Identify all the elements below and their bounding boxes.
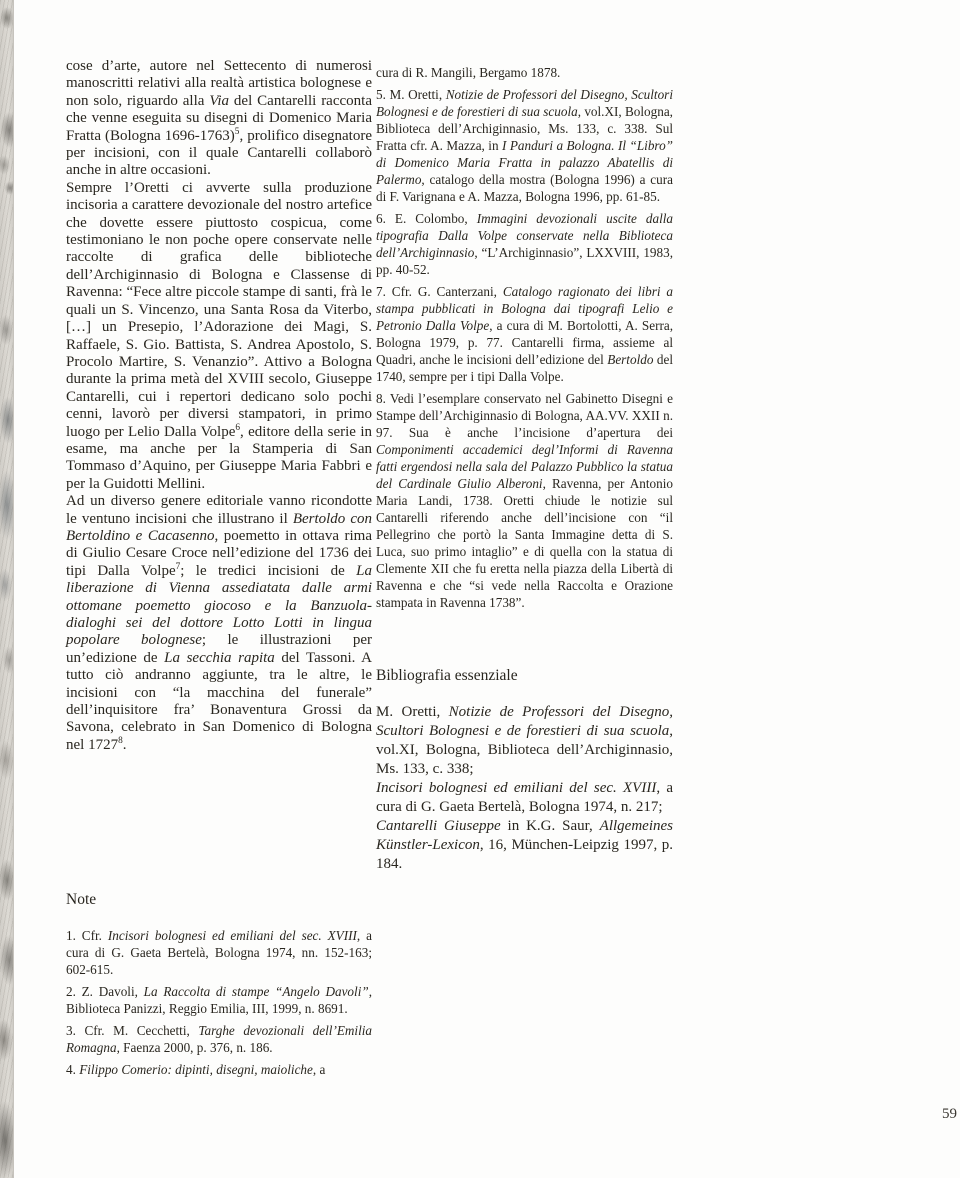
notes-section: Note 1. Cfr. Incisori bolognesi ed emili…	[66, 890, 372, 1083]
bibliography-entry: M. Oretti, Notizie de Professori del Dis…	[376, 703, 673, 779]
bibliography-heading: Bibliografia essenziale	[376, 666, 673, 686]
notes-heading: Note	[66, 890, 372, 910]
footnote-1: 1. Cfr. Incisori bolognesi ed emiliani d…	[66, 927, 372, 978]
bibliography-section: Bibliografia essenziale M. Oretti, Notiz…	[376, 666, 673, 874]
footnote-5: 5. M. Oretti, Notizie de Professori del …	[376, 86, 673, 205]
footnote-4: 4. Filippo Comerio: dipinti, disegni, ma…	[66, 1061, 372, 1078]
footnote-2: 2. Z. Davoli, La Raccolta di stampe “Ang…	[66, 983, 372, 1017]
page-edge-texture	[0, 0, 14, 1178]
body-paragraph: Sempre l’Oretti ci avverte sulla produzi…	[66, 180, 372, 493]
bibliography-entry: Cantarelli Giuseppe in K.G. Saur, Allgem…	[376, 817, 673, 874]
page-number: 59	[942, 1106, 957, 1123]
left-column: cose d’arte, autore nel Settecento di nu…	[66, 58, 372, 754]
right-column-notes: cura di R. Mangili, Bergamo 1878. 5. M. …	[376, 64, 673, 616]
body-paragraph: Ad un diverso genere editoriale vanno ri…	[66, 493, 372, 754]
bibliography-entry: Incisori bolognesi ed emiliani del sec. …	[376, 779, 673, 817]
footnote-4-continuation: cura di R. Mangili, Bergamo 1878.	[376, 64, 673, 81]
footnote-3: 3. Cfr. M. Cecchetti, Targhe devozionali…	[66, 1022, 372, 1056]
book-page: cose d’arte, autore nel Settecento di nu…	[0, 0, 960, 1178]
footnote-6: 6. E. Colombo, Immagini devozionali usci…	[376, 210, 673, 278]
footnote-7: 7. Cfr. G. Canterzani, Catalogo ragionat…	[376, 283, 673, 385]
body-paragraph: cose d’arte, autore nel Settecento di nu…	[66, 58, 372, 180]
footnote-8: 8. Vedi l’esemplare conservato nel Gabin…	[376, 390, 673, 611]
